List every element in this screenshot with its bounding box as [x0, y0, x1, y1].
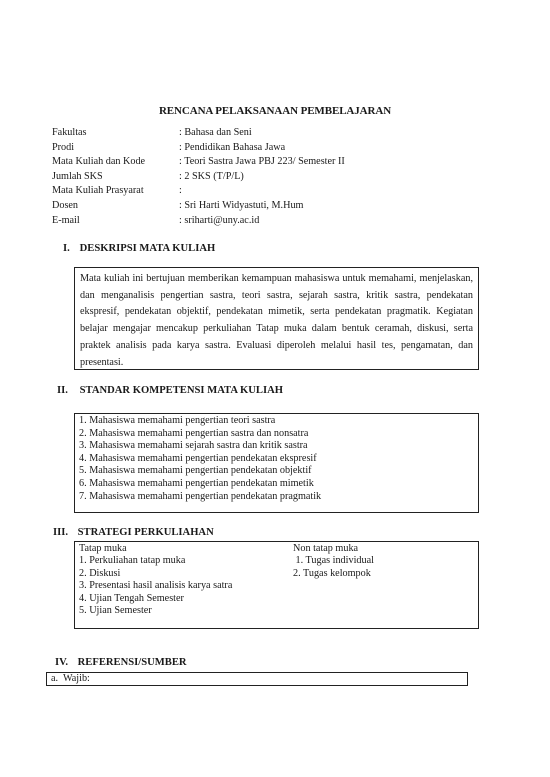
list-item: 3. Presentasi hasil analisis karya satra — [79, 580, 232, 592]
section-title: STRATEGI PERKULIAHAN — [78, 527, 214, 538]
info-value: : Sri Harti Widyastuti, M.Hum — [179, 199, 303, 214]
section-title: DESKRIPSI MATA KULIAH — [80, 243, 216, 254]
info-value: : — [179, 184, 182, 199]
referensi-box: a. Wajib: — [46, 672, 468, 686]
list-item: 1. Tugas individual — [293, 555, 374, 567]
info-value: : Bahasa dan Seni — [179, 126, 252, 141]
info-label: Mata Kuliah dan Kode — [52, 155, 179, 170]
list-item: 4. Ujian Tengah Semester — [79, 593, 232, 605]
info-row-prasyarat: Mata Kuliah Prasyarat : — [52, 184, 345, 199]
info-row-prodi: Prodi : Pendidikan Bahasa Jawa — [52, 141, 345, 156]
info-row-fakultas: Fakultas : Bahasa dan Seni — [52, 126, 345, 141]
list-item: 6. Mahasiswa memahami pengertian pendeka… — [79, 478, 474, 491]
info-label: Mata Kuliah Prasyarat — [52, 184, 179, 199]
list-item: 2. Mahasiswa memahami pengertian sastra … — [79, 428, 474, 441]
list-item: 7. Mahasiswa memahami pengertian pendeka… — [79, 491, 474, 504]
list-item: 5. Mahasiswa memahami pengertian pendeka… — [79, 465, 474, 478]
list-item: 2. Diskusi — [79, 568, 232, 580]
document-page: RENCANA PELAKSANAAN PEMBELAJARAN Fakulta… — [0, 0, 550, 777]
info-value: : Pendidikan Bahasa Jawa — [179, 141, 285, 156]
section-number: II. — [57, 385, 77, 396]
info-row-dosen: Dosen : Sri Harti Widyastuti, M.Hum — [52, 199, 345, 214]
column-heading: Tatap muka — [79, 543, 232, 555]
info-value: : Teori Sastra Jawa PBJ 223/ Semester II — [179, 155, 345, 170]
info-label: Jumlah SKS — [52, 170, 179, 185]
list-item: a. Wajib: — [51, 673, 90, 684]
deskripsi-box: Mata kuliah ini bertujuan memberikan kem… — [74, 267, 479, 370]
deskripsi-text: Mata kuliah ini bertujuan memberikan kem… — [80, 271, 473, 371]
section-title: REFERENSI/SUMBER — [78, 657, 187, 668]
section-heading-referensi: IV. REFERENSI/SUMBER — [55, 657, 187, 668]
list-item: 3. Mahasiswa memahami sejarah sastra dan… — [79, 440, 474, 453]
info-label: Prodi — [52, 141, 179, 156]
info-row-mata-kuliah: Mata Kuliah dan Kode : Teori Sastra Jawa… — [52, 155, 345, 170]
list-item: 2. Tugas kelompok — [293, 568, 374, 580]
list-item: 4. Mahasiswa memahami pengertian pendeka… — [79, 453, 474, 466]
info-row-sks: Jumlah SKS : 2 SKS (T/P/L) — [52, 170, 345, 185]
kompetensi-list: 1. Mahasiswa memahami pengertian teori s… — [79, 415, 474, 503]
column-heading: Non tatap muka — [293, 543, 374, 555]
course-info-table: Fakultas : Bahasa dan Seni Prodi : Pendi… — [52, 126, 345, 228]
info-label: Dosen — [52, 199, 179, 214]
strategi-box: Tatap muka 1. Perkuliahan tatap muka 2. … — [74, 541, 479, 629]
tatap-muka-column: Tatap muka 1. Perkuliahan tatap muka 2. … — [79, 543, 232, 617]
section-heading-kompetensi: II. STANDAR KOMPETENSI MATA KULIAH — [57, 385, 283, 396]
kompetensi-box: 1. Mahasiswa memahami pengertian teori s… — [74, 413, 479, 513]
section-number: III. — [53, 527, 75, 538]
list-item: 5. Ujian Semester — [79, 605, 232, 617]
section-heading-deskripsi: I. DESKRIPSI MATA KULIAH — [63, 243, 215, 254]
section-number: IV. — [55, 657, 75, 668]
section-number: I. — [63, 243, 77, 254]
info-label: E-mail — [52, 214, 179, 229]
document-title: RENCANA PELAKSANAAN PEMBELAJARAN — [0, 105, 550, 117]
info-value: : 2 SKS (T/P/L) — [179, 170, 244, 185]
list-item: 1. Mahasiswa memahami pengertian teori s… — [79, 415, 474, 428]
non-tatap-muka-column: Non tatap muka 1. Tugas individual 2. Tu… — [293, 543, 374, 580]
section-title: STANDAR KOMPETENSI MATA KULIAH — [80, 385, 283, 396]
info-value: : sriharti@uny.ac.id — [179, 214, 259, 229]
list-item: 1. Perkuliahan tatap muka — [79, 555, 232, 567]
info-row-email: E-mail : sriharti@uny.ac.id — [52, 214, 345, 229]
section-heading-strategi: III. STRATEGI PERKULIAHAN — [53, 527, 214, 538]
info-label: Fakultas — [52, 126, 179, 141]
